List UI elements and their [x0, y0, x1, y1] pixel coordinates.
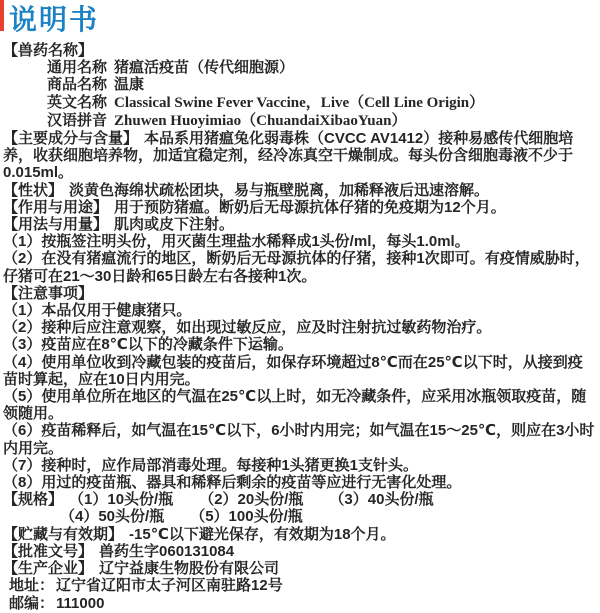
precaution-item: （7）接种时，应作局部消毒处理。每接种1头猪更换1支针头。: [3, 457, 595, 474]
address-value: 辽宁省辽阳市太子河区南驻路12号: [56, 577, 283, 594]
function-label: 【作用与用途】: [3, 199, 108, 216]
manufacturer-zip-row: 邮编：111000: [3, 595, 595, 612]
trade-name-value: 温康: [114, 76, 144, 93]
dosage-text: 肌肉或皮下注射。: [114, 216, 234, 233]
approval-label: 【批准文号】: [3, 543, 93, 560]
character-label: 【性状】: [3, 182, 63, 199]
precaution-item: （8）用过的疫苗瓶、器具和稀释后剩余的疫苗等应进行无害化处理。: [3, 474, 595, 491]
page-title: 说明书: [9, 3, 600, 37]
trade-name-row: 商品名称温康: [3, 76, 595, 93]
section-manufacturer: 【生产企业】辽宁益康生物股份有限公司: [3, 560, 595, 577]
spec-item: （4）50头份/瓶: [60, 508, 164, 525]
trade-name-key: 商品名称: [47, 76, 107, 93]
section-storage: 【贮藏与有效期】-15℃以下避光保存，有效期为18个月。: [3, 526, 595, 543]
zip-key: 邮编：: [9, 595, 54, 612]
section-specs: 【规格】（1）10头份/瓶（2）20头份/瓶（3）40头份/瓶: [3, 491, 595, 508]
address-key: 地址：: [9, 577, 54, 594]
precaution-item: （2）接种后应注意观察，如出现过敏反应，应及时注射抗过敏药物治疗。: [3, 319, 595, 336]
section-approval: 【批准文号】兽药生字060131084: [3, 543, 595, 560]
spec-item: （5）100头份/瓶: [190, 508, 303, 525]
pinyin-name-key: 汉语拼音: [47, 112, 107, 129]
storage-text: -15℃以下避光保存，有效期为18个月。: [129, 526, 396, 543]
spec-item: （2）20头份/瓶: [199, 491, 303, 508]
dosage-item: （2）在没有猪瘟流行的地区，断奶后无母源抗体的仔猪，接种1次即可。有疫情威胁时，…: [3, 250, 595, 284]
spec-item: （1）10头份/瓶: [69, 491, 173, 508]
precaution-item: （3）疫苗应在8℃以下的冷藏条件下运输。: [3, 336, 595, 353]
manufacturer-address-row: 地址：辽宁省辽阳市太子河区南驻路12号: [3, 577, 595, 594]
generic-name-value: 猪瘟活疫苗（传代细胞源）: [114, 59, 294, 76]
leaflet-document: 说明书 【兽药名称】 通用名称猪瘟活疫苗（传代细胞源） 商品名称温康 英文名称C…: [0, 0, 600, 613]
section-function: 【作用与用途】用于预防猪瘟。断奶后无母源抗体仔猪的免疫期为12个月。: [3, 199, 595, 216]
english-name-row: 英文名称Classical Swine Fever Vaccine，Live（C…: [3, 94, 595, 112]
english-name-key: 英文名称: [47, 94, 107, 111]
section-composition: 【主要成分与含量】本品系用猪瘟兔化弱毒株（CVCC AV1412）接种易感传代细…: [3, 130, 595, 182]
precaution-item: （6）疫苗稀释后，如气温在15℃以下，6小时内用完；如气温在15～25℃，则应在…: [3, 422, 595, 456]
section-character: 【性状】淡黄色海绵状疏松团块，易与瓶壁脱离，加稀释液后迅速溶解。: [3, 182, 595, 199]
manufacturer-name: 辽宁益康生物股份有限公司: [99, 560, 279, 577]
title-row: 说明书: [0, 0, 600, 42]
section-dosage: 【用法与用量】肌肉或皮下注射。: [3, 216, 595, 233]
title-accent-bar: [0, 0, 4, 31]
storage-label: 【贮藏与有效期】: [3, 526, 123, 543]
section-precautions: 【注意事项】: [3, 285, 595, 302]
drug-name-label: 【兽药名称】: [3, 42, 93, 59]
function-text: 用于预防猪瘟。断奶后无母源抗体仔猪的免疫期为12个月。: [114, 199, 506, 216]
section-drug-name: 【兽药名称】: [3, 42, 595, 59]
precaution-item: （5）使用单位所在地区的气温在25℃以上时，如无冷藏条件，应采用冰瓶领取疫苗，随…: [3, 388, 595, 422]
composition-label: 【主要成分与含量】: [3, 130, 138, 147]
character-text: 淡黄色海绵状疏松团块，易与瓶壁脱离，加稀释液后迅速溶解。: [69, 182, 489, 199]
zip-value: 111000: [56, 595, 104, 612]
pinyin-name-value: Zhuwen Huoyimiao（ChuandaiXibaoYuan）: [114, 113, 406, 129]
spec-item: （3）40头份/瓶: [329, 491, 433, 508]
dosage-item: （1）按瓶签注明头份，用灭菌生理盐水稀释成1头份/ml，每头1.0ml。: [3, 233, 595, 250]
precautions-label: 【注意事项】: [3, 285, 93, 302]
specs-row-2: （4）50头份/瓶（5）100头份/瓶: [3, 508, 595, 525]
leaflet-body: 【兽药名称】 通用名称猪瘟活疫苗（传代细胞源） 商品名称温康 英文名称Class…: [0, 42, 600, 612]
generic-name-row: 通用名称猪瘟活疫苗（传代细胞源）: [3, 59, 595, 76]
specs-label: 【规格】: [3, 491, 63, 508]
precaution-item: （4）使用单位收到冷藏包装的疫苗后，如保存环境超过8℃而在25℃以下时，从接到疫…: [3, 354, 595, 388]
generic-name-key: 通用名称: [47, 59, 107, 76]
approval-number: 兽药生字060131084: [99, 543, 234, 560]
english-name-value: Classical Swine Fever Vaccine，Live（Cell …: [114, 95, 484, 111]
manufacturer-label: 【生产企业】: [3, 560, 93, 577]
dosage-label: 【用法与用量】: [3, 216, 108, 233]
pinyin-name-row: 汉语拼音Zhuwen Huoyimiao（ChuandaiXibaoYuan）: [3, 112, 595, 130]
precaution-item: （1）本品仅用于健康猪只。: [3, 302, 595, 319]
